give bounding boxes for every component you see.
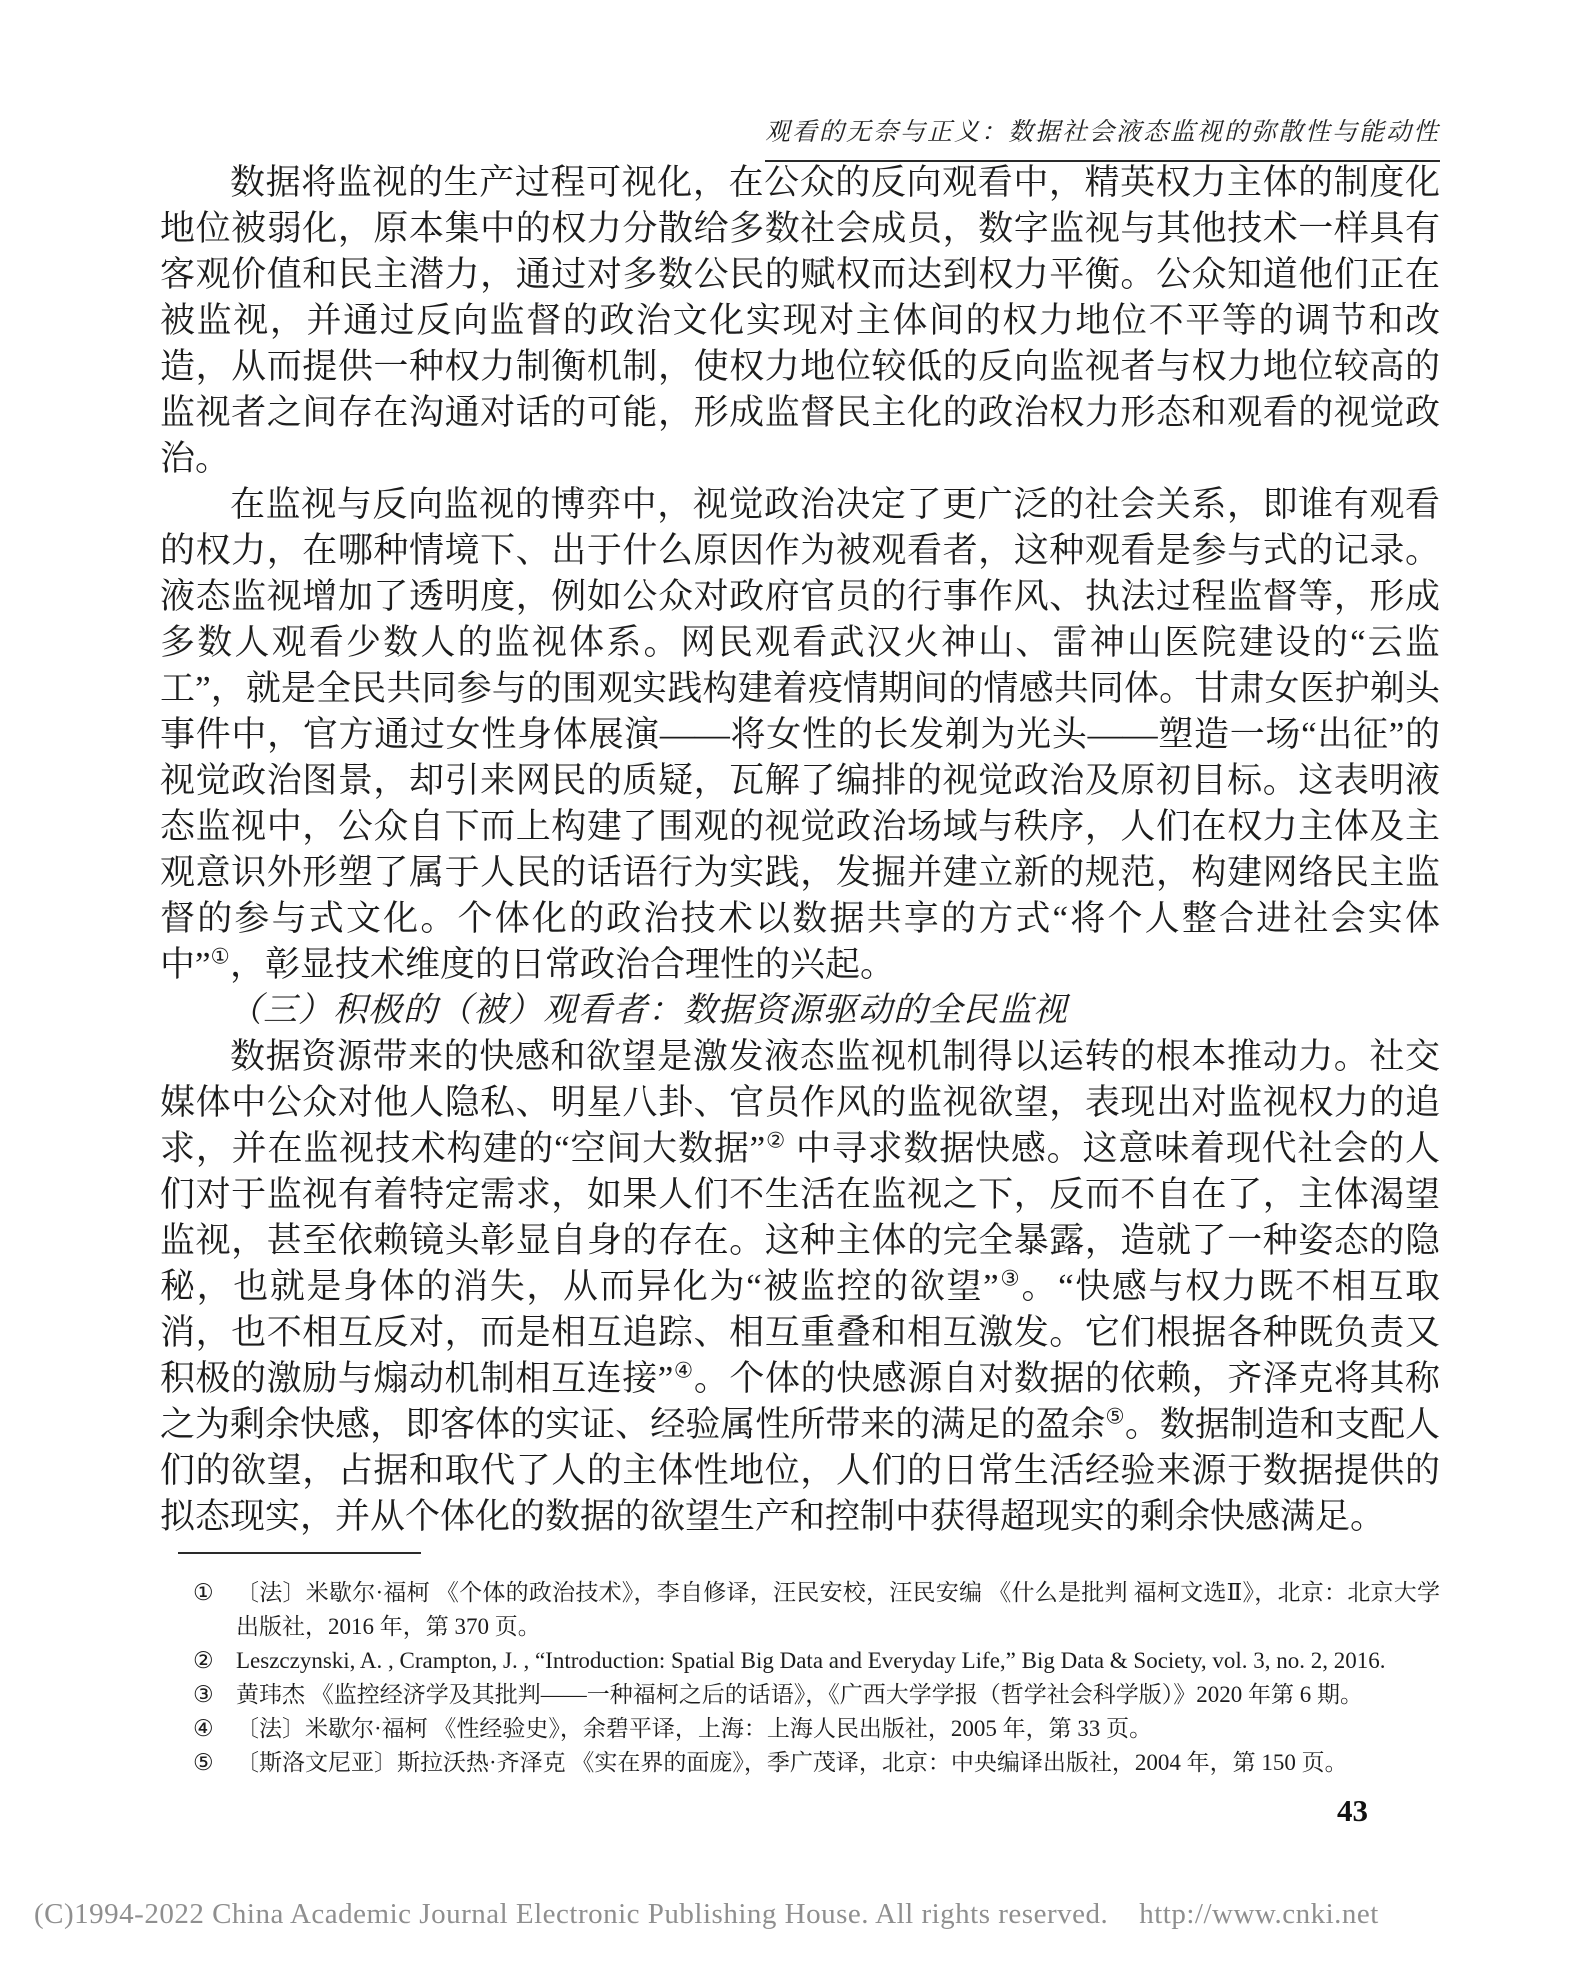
section-heading: （三）积极的（被）观看者：数据资源驱动的全民监视 xyxy=(160,988,1440,1034)
footnote-text: 〔斯洛文尼亚〕斯拉沃热·齐泽克 《实在界的面庞》，季广茂译，北京：中央编译出版社… xyxy=(236,1746,1440,1780)
footnote-marker: ① xyxy=(193,1576,220,1644)
running-head: 观看的无奈与正义：数据社会液态监视的弥散性与能动性 xyxy=(765,112,1440,162)
footnote-text: 黄玮杰 《监控经济学及其批判——一种福柯之后的话语》，《广西大学学报（哲学社会科… xyxy=(236,1678,1440,1712)
footnote-item: ④ 〔法〕米歇尔·福柯 《性经验史》，余碧平译，上海：上海人民出版社，2005 … xyxy=(193,1712,1440,1746)
journal-page: 观看的无奈与正义：数据社会液态监视的弥散性与能动性 数据将监视的生产过程可视化，… xyxy=(0,0,1587,1965)
body-paragraph-1: 数据将监视的生产过程可视化，在公众的反向观看中，精英权力主体的制度化地位被弱化，… xyxy=(160,160,1440,482)
page-number: 43 xyxy=(1337,1793,1368,1829)
footnote-item: ③ 黄玮杰 《监控经济学及其批判——一种福柯之后的话语》，《广西大学学报（哲学社… xyxy=(193,1678,1440,1712)
footnote-item: ② Leszczynski, A. , Crampton, J. , “Intr… xyxy=(193,1644,1440,1678)
footnote-text: 〔法〕米歇尔·福柯 《性经验史》，余碧平译，上海：上海人民出版社，2005 年，… xyxy=(236,1712,1440,1746)
body-paragraph-3: 数据资源带来的快感和欲望是激发液态监视机制得以运转的根本推动力。社交媒体中公众对… xyxy=(160,1034,1440,1540)
footnote-marker: ④ xyxy=(193,1712,220,1746)
footnote-text: 〔法〕米歇尔·福柯 《个体的政治技术》，李自修译，汪民安校，汪民安编 《什么是批… xyxy=(236,1576,1440,1644)
copyright-footer: (C)1994-2022 China Academic Journal Elec… xyxy=(34,1898,1379,1931)
footnote-list: ① 〔法〕米歇尔·福柯 《个体的政治技术》，李自修译，汪民安校，汪民安编 《什么… xyxy=(160,1576,1440,1780)
footnote-item: ① 〔法〕米歇尔·福柯 《个体的政治技术》，李自修译，汪民安校，汪民安编 《什么… xyxy=(193,1576,1440,1644)
page-content: 数据将监视的生产过程可视化，在公众的反向观看中，精英权力主体的制度化地位被弱化，… xyxy=(160,160,1440,1780)
footnote-divider xyxy=(178,1552,421,1554)
footnote-marker: ② xyxy=(193,1644,220,1678)
body-paragraph-2: 在监视与反向监视的博弈中，视觉政治决定了更广泛的社会关系，即谁有观看的权力，在哪… xyxy=(160,482,1440,988)
footnote-text: Leszczynski, A. , Crampton, J. , “Introd… xyxy=(236,1644,1440,1678)
footnote-marker: ⑤ xyxy=(193,1746,220,1780)
footnote-marker: ③ xyxy=(193,1678,220,1712)
footnote-item: ⑤ 〔斯洛文尼亚〕斯拉沃热·齐泽克 《实在界的面庞》，季广茂译，北京：中央编译出… xyxy=(193,1746,1440,1780)
